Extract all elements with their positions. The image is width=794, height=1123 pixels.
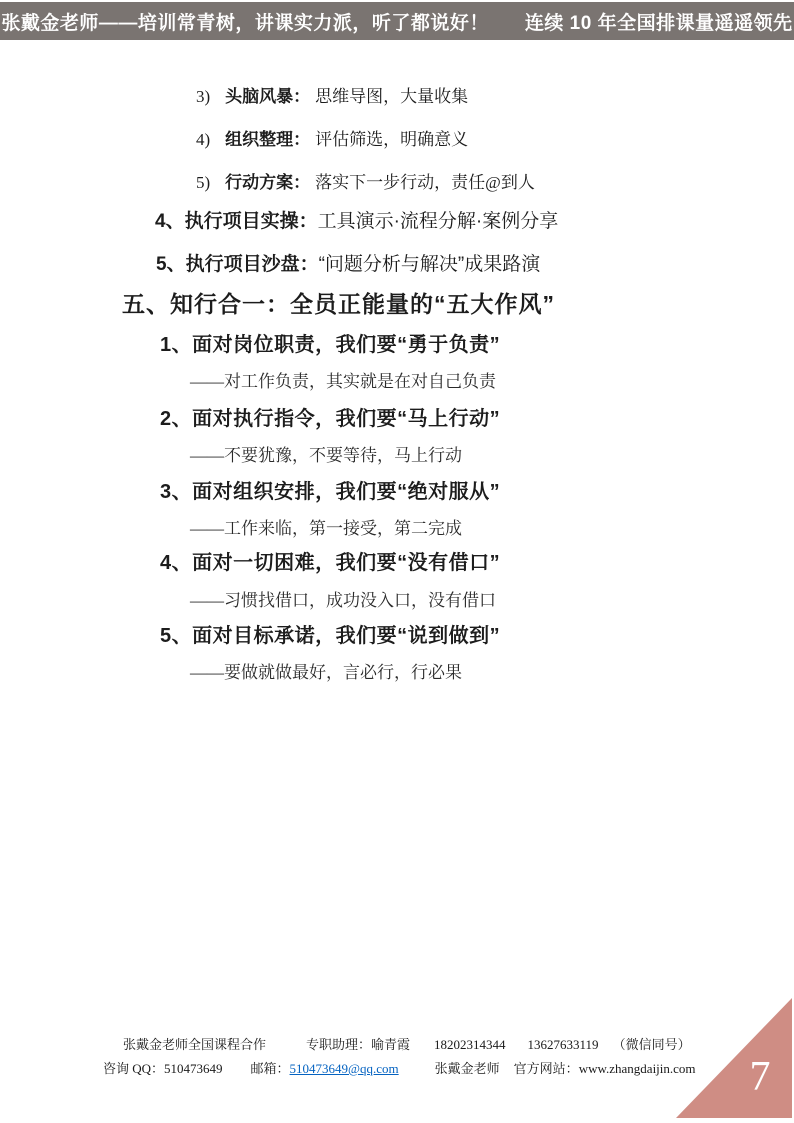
point-note: ——习惯找借口，成功没入口，没有借口 xyxy=(190,591,496,611)
point-note: ——工作来临，第一接受，第二完成 xyxy=(190,519,462,539)
item-label: 行动方案： xyxy=(225,173,310,192)
item-text: 落实下一步行动，责任@到人 xyxy=(315,173,535,192)
footer-line-1: 张戴金老师全国课程合作专职助理：喻青霞182023143441362763311… xyxy=(123,1038,691,1053)
module-text: “问题分析与解决”成果路演 xyxy=(319,254,541,275)
email-link[interactable]: 510473649@qq.com xyxy=(290,1061,399,1076)
list-item: 5)行动方案：落实下一步行动，责任@到人 xyxy=(196,173,535,193)
module-label: 4、执行项目实操： xyxy=(155,211,318,232)
module-line: 5、执行项目沙盘：“问题分析与解决”成果路演 xyxy=(156,254,540,276)
document-page: 张戴金老师——培训常青树，讲课实力派，听了都说好！ 连续 10 年全国排课量遥遥… xyxy=(0,0,794,1123)
section-heading: 五、知行合一：全员正能量的“五大作风” xyxy=(122,291,555,317)
email-label: 邮箱： xyxy=(251,1061,290,1076)
item-text: 评估筛选，明确意义 xyxy=(315,130,468,149)
item-label: 头脑风暴： xyxy=(225,87,310,106)
point-title: 1、面对岗位职责，我们要“勇于负责” xyxy=(160,334,500,357)
point-note: ——要做就做最好，言必行，行必果 xyxy=(190,663,462,683)
item-label: 组织整理： xyxy=(225,130,310,149)
qq-text: 咨询 QQ：510473649 xyxy=(103,1061,223,1076)
footer-line-2: 咨询 QQ：510473649邮箱：510473649@qq.com张戴金老师官… xyxy=(103,1062,696,1077)
header-bar: 张戴金老师——培训常青树，讲课实力派，听了都说好！ 连续 10 年全国排课量遥遥… xyxy=(0,2,794,40)
page-number: 7 xyxy=(734,1056,786,1098)
module-text: 工具演示·流程分解·案例分享 xyxy=(318,211,559,232)
item-number: 4) xyxy=(196,130,210,149)
list-item: 4)组织整理：评估筛选，明确意义 xyxy=(196,130,468,150)
point-title: 3、面对组织安排，我们要“绝对服从” xyxy=(160,481,500,504)
module-line: 4、执行项目实操：工具演示·流程分解·案例分享 xyxy=(155,211,558,233)
phone2-text: 13627633119 xyxy=(528,1037,599,1052)
header-slogan: 张戴金老师——培训常青树，讲课实力派，听了都说好！ xyxy=(1,8,489,35)
header-claim: 连续 10 年全国排课量遥遥领先 xyxy=(525,8,793,35)
assistant-text: 专职助理：喻青霞 xyxy=(306,1037,410,1052)
item-number: 5) xyxy=(196,173,210,192)
website-label: 官方网站： xyxy=(514,1061,579,1076)
item-text: 思维导图，大量收集 xyxy=(315,87,468,106)
point-note: ——对工作负责，其实就是在对自己负责 xyxy=(190,372,496,392)
point-title: 2、面对执行指令，我们要“马上行动” xyxy=(160,408,500,431)
point-title: 4、面对一切困难，我们要“没有借口” xyxy=(160,552,500,575)
point-title: 5、面对目标承诺，我们要“说到做到” xyxy=(160,625,500,648)
list-item: 3)头脑风暴：思维导图，大量收集 xyxy=(196,87,468,107)
item-number: 3) xyxy=(196,87,210,106)
cooperation-text: 张戴金老师全国课程合作 xyxy=(123,1037,266,1052)
teacher-name: 张戴金老师 xyxy=(435,1061,500,1076)
point-note: ——不要犹豫，不要等待，马上行动 xyxy=(190,446,462,466)
phone1-text: 18202314344 xyxy=(434,1037,506,1052)
module-label: 5、执行项目沙盘： xyxy=(156,254,319,275)
